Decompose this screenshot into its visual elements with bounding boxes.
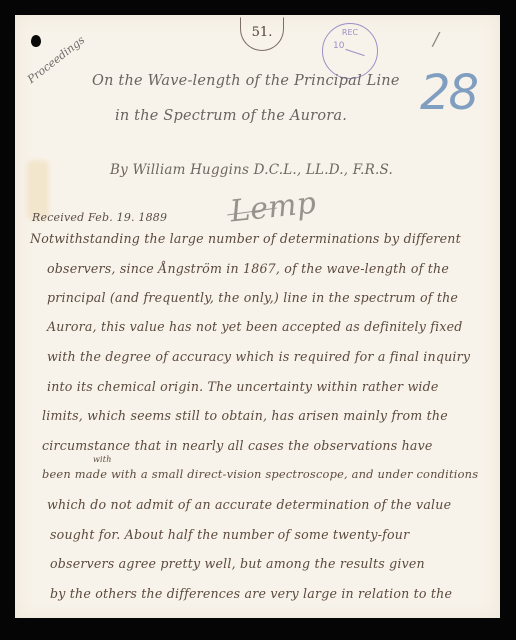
received-stamp: REC 10 [322,23,378,79]
manuscript-page: 51. REC 10 / 28 Proceedings On the Wave-… [15,15,500,618]
body-line: sought for. About half the number of som… [50,527,409,542]
body-line: with the degree of accuracy which is req… [47,349,470,364]
body-line: observers, since Ångström in 1867, of th… [47,261,449,276]
body-line: been made with a small direct-vision spe… [42,467,478,481]
body-line: by the others the differences are very l… [50,586,452,601]
folio-number: 51. [240,17,284,51]
signature: Lemp [228,186,317,230]
stamp-mark [345,49,364,56]
body-line: which do not admit of an accurate determ… [47,497,451,512]
interlinear-insertion-with: with [93,455,112,464]
body-line: Notwithstanding the large number of dete… [30,231,461,246]
received-date: Received Feb. 19. 1889 [32,211,167,224]
stamp-text: REC [323,28,377,37]
body-line: limits, which seems still to obtain, has… [42,408,448,423]
blue-page-number: 28 [420,65,477,121]
body-line: into its chemical origin. The uncertaint… [47,379,439,394]
title-line-1: On the Wave-length of the Principal Line [92,73,400,89]
body-line: Aurora, this value has not yet been acce… [47,319,463,334]
corner-mark: / [433,29,439,50]
body-line: circumstance that in nearly all cases th… [42,438,433,453]
author-byline: By William Huggins D.C.L., LL.D., F.R.S. [110,162,393,178]
stamp-day: 10 [333,41,344,51]
punch-hole [31,35,41,47]
title-line-2: in the Spectrum of the Aurora. [115,108,347,124]
body-line: observers agree pretty well, but among t… [50,556,425,571]
body-line: principal (and frequently, the only,) li… [47,290,458,305]
